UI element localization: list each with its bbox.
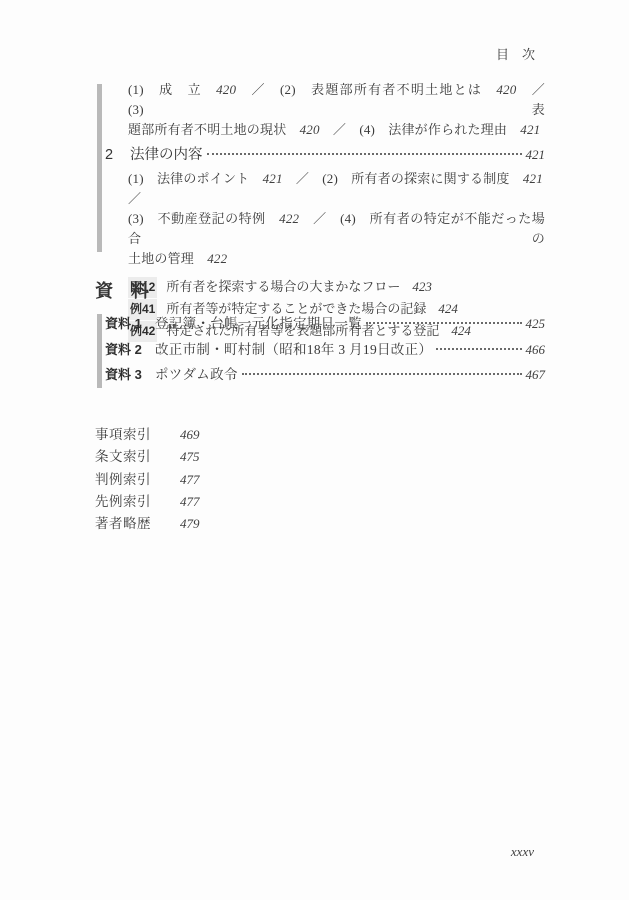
figure-page-number: 423 <box>412 276 432 297</box>
folio-number: xxxv <box>511 844 534 859</box>
index-page-number: 477 <box>180 469 200 491</box>
running-head-title: 目 次 <box>496 47 535 62</box>
figure-title: 所有者を探索する場合の大まかなフロー <box>166 276 400 297</box>
index-entry: 著者略歴 479 <box>95 513 200 535</box>
shiryo-label: 資料 2 <box>105 337 147 363</box>
inline-page-number: 421 <box>263 171 283 186</box>
figure-entry: 図12 所有者を探索する場合の大まかなフロー 423 <box>128 276 545 298</box>
shiryo-title: ポツダム政令 <box>155 362 238 388</box>
shiryo-entry: 資料 3 ポツダム政令 467 <box>105 362 545 388</box>
index-title: 事項索引 <box>95 424 180 446</box>
entry-number: 2 <box>105 143 130 167</box>
dot-leader <box>366 322 522 324</box>
dot-leader <box>436 348 521 350</box>
law-contents-subitems: (1) 法律のポイント 421 ／ (2) 所有者の探索に関する制度 421 ／… <box>128 169 545 269</box>
index-page-number: 475 <box>180 446 200 468</box>
toc-page: 目 次 (1) 成 立 420 ／ (2) 表題部所有者不明土地とは 420 ／… <box>0 0 629 900</box>
shiryo-title: 改正市制・町村制（昭和18年 3 月19日改正） <box>155 337 432 363</box>
inline-page-number: 420 <box>300 122 320 137</box>
inline-page-number: 420 <box>216 82 236 97</box>
entry-title: 法律の内容 <box>130 143 203 167</box>
shiryo-label: 資料 3 <box>105 362 147 388</box>
dot-leader <box>242 373 522 375</box>
inline-page-number: 421 <box>523 171 543 186</box>
law-section-block: (1) 成 立 420 ／ (2) 表題部所有者不明土地とは 420 ／ (3)… <box>97 80 545 342</box>
running-head: 目 次 <box>496 44 535 63</box>
index-entry: 判例索引 477 <box>95 469 200 491</box>
shiryo-entry: 資料 1 登記簿・台帳一元化指定期日一覧 425 <box>105 311 545 337</box>
inline-page-number: 421 <box>520 122 540 137</box>
index-entry: 条文索引 475 <box>95 446 200 468</box>
toc-entry-law-contents: 2 法律の内容 421 <box>105 143 545 167</box>
back-matter-index-list: 事項索引 469 条文索引 475 判例索引 477 先例索引 477 著者略歴… <box>95 424 200 535</box>
index-page-number: 477 <box>180 491 200 513</box>
shiryo-list-block: 資料 1 登記簿・台帳一元化指定期日一覧 425 資料 2 改正市制・町村制（昭… <box>97 311 545 388</box>
index-page-number: 469 <box>180 424 200 446</box>
index-title: 判例索引 <box>95 469 180 491</box>
index-title: 先例索引 <box>95 491 180 513</box>
shiryo-entry: 資料 2 改正市制・町村制（昭和18年 3 月19日改正） 466 <box>105 337 545 363</box>
index-entry: 先例索引 477 <box>95 491 200 513</box>
shiryo-section-heading: 資 料 <box>95 277 149 303</box>
entry-page-number: 421 <box>526 143 546 167</box>
shiryo-page-number: 425 <box>526 311 546 337</box>
dot-leader <box>207 153 522 155</box>
shiryo-title: 登記簿・台帳一元化指定期日一覧 <box>155 311 362 337</box>
index-title: 条文索引 <box>95 446 180 468</box>
shiryo-page-number: 466 <box>526 337 546 363</box>
section-sidebar-rule <box>97 84 102 252</box>
index-page-number: 479 <box>180 513 200 535</box>
law-establishment-subitems: (1) 成 立 420 ／ (2) 表題部所有者不明土地とは 420 ／ (3)… <box>128 80 545 140</box>
inline-page-number: 420 <box>496 82 516 97</box>
section-sidebar-rule <box>97 314 102 388</box>
index-title: 著者略歴 <box>95 513 180 535</box>
inline-page-number: 422 <box>279 211 299 226</box>
shiryo-label: 資料 1 <box>105 311 147 337</box>
shiryo-page-number: 467 <box>526 362 546 388</box>
inline-page-number: 422 <box>207 251 227 266</box>
page-folio: xxxv <box>511 843 534 861</box>
index-entry: 事項索引 469 <box>95 424 200 446</box>
